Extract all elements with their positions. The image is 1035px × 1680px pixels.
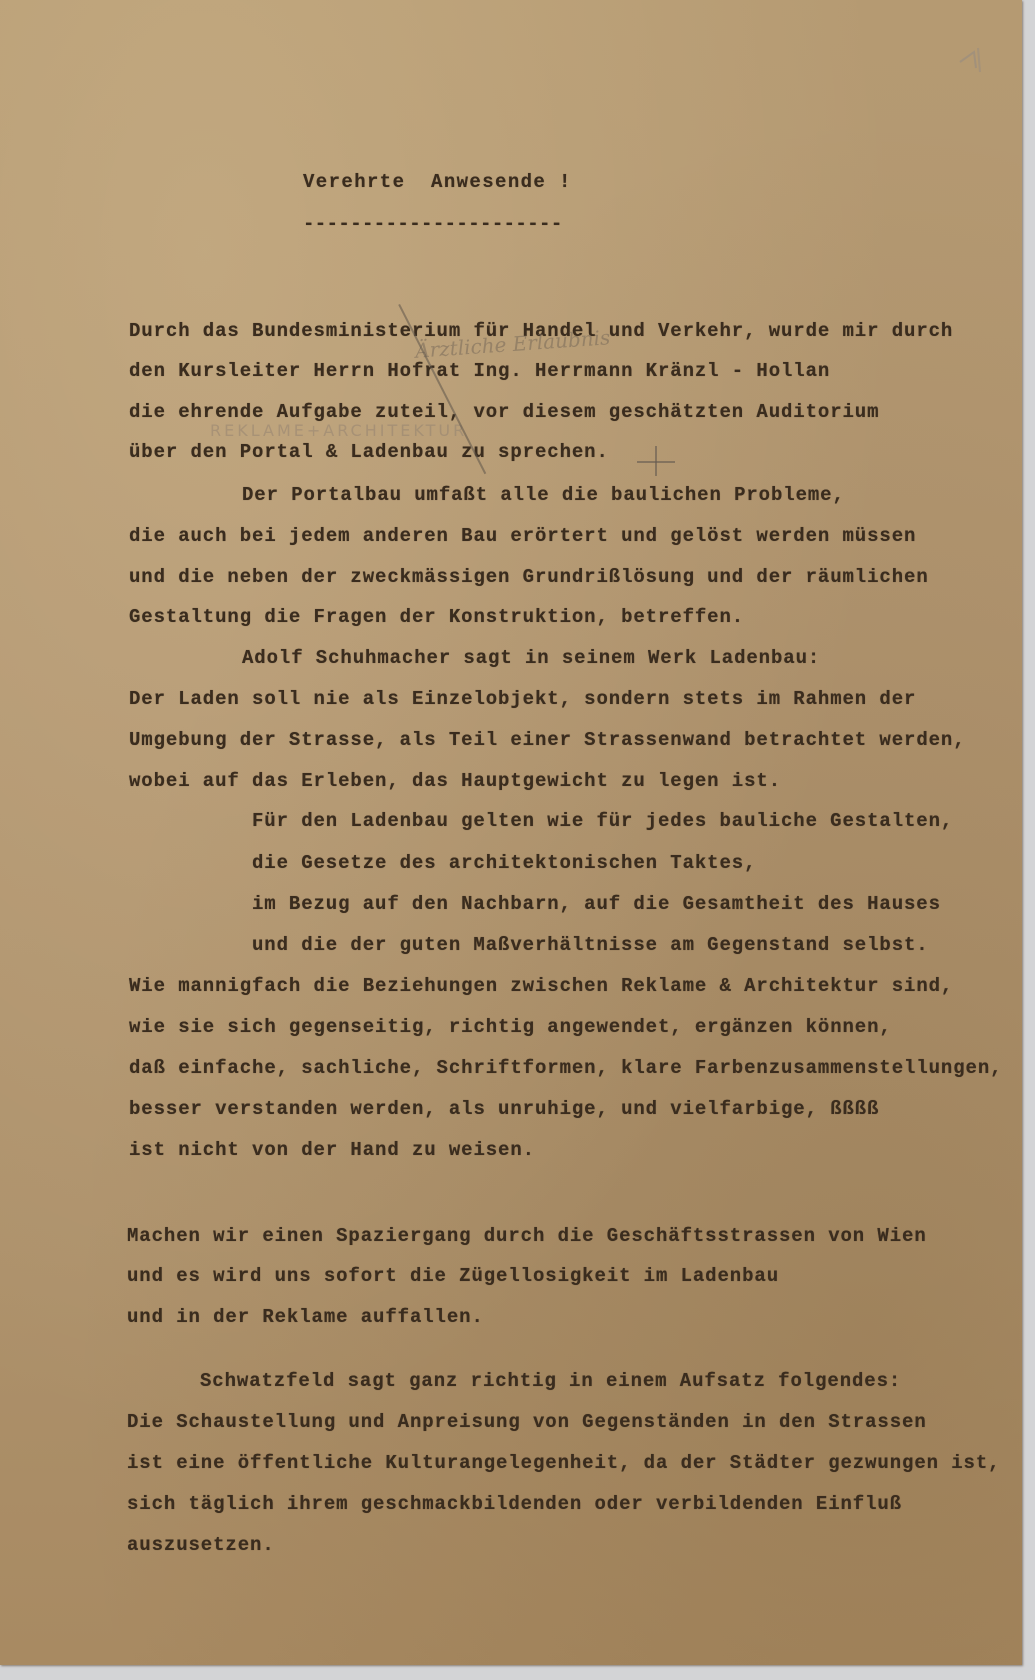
text-line: Adolf Schuhmacher sagt in seinem Werk La… [242, 647, 820, 669]
text-line: und es wird uns sofort die Zügellosigkei… [127, 1265, 779, 1287]
text-line: auszusetzen. [127, 1534, 275, 1556]
pencil-cross-mark [655, 446, 657, 476]
text-line: Der Laden soll nie als Einzelobjekt, son… [129, 688, 916, 710]
typewritten-page: Verehrte Anwesende ! -------------------… [0, 0, 1022, 1665]
text-line: daß einfache, sachliche, Schriftformen, … [129, 1057, 1002, 1079]
text-line: und die neben der zweckmässigen Grundriß… [129, 566, 929, 588]
text-line: die Gesetze des architektonischen Taktes… [252, 852, 756, 874]
text-line: Die Schaustellung und Anpreisung von Geg… [127, 1411, 927, 1433]
text-line: sich täglich ihrem geschmackbildenden od… [127, 1493, 902, 1515]
text-line: die auch bei jedem anderen Bau erörtert … [129, 525, 916, 547]
text-line: ist eine öffentliche Kulturangelegenheit… [127, 1452, 1000, 1474]
salutation-heading: Verehrte Anwesende ! [303, 171, 572, 193]
text-line: Für den Ladenbau gelten wie für jedes ba… [252, 810, 953, 832]
text-line: über den Portal & Ladenbau zu sprechen. [129, 441, 609, 463]
text-line: Durch das Bundesministerium für Handel u… [129, 320, 953, 342]
text-line: wie sie sich gegenseitig, richtig angewe… [129, 1016, 892, 1038]
pencil-corner-mark [958, 44, 988, 76]
text-line: und die der guten Maßverhältnisse am Geg… [252, 934, 929, 956]
salutation-underline: ---------------------- [303, 213, 563, 235]
text-line: besser verstanden werden, als unruhige, … [129, 1098, 879, 1120]
text-line: Gestaltung die Fragen der Konstruktion, … [129, 606, 744, 628]
text-line: Machen wir einen Spaziergang durch die G… [127, 1225, 927, 1247]
text-line: Der Portalbau umfaßt alle die baulichen … [242, 484, 845, 506]
text-line: wobei auf das Erleben, das Hauptgewicht … [129, 770, 781, 792]
text-line: Schwatzfeld sagt ganz richtig in einem A… [200, 1370, 901, 1392]
text-line: ist nicht von der Hand zu weisen. [129, 1139, 535, 1161]
text-line: und in der Reklame auffallen. [127, 1306, 484, 1328]
text-line: Wie mannigfach die Beziehungen zwischen … [129, 975, 953, 997]
text-line: die ehrende Aufgabe zuteil, vor diesem g… [129, 401, 879, 423]
text-line: Umgebung der Strasse, als Teil einer Str… [129, 729, 966, 751]
text-line: im Bezug auf den Nachbarn, auf die Gesam… [252, 893, 941, 915]
text-line: den Kursleiter Herrn Hofrat Ing. Herrman… [129, 360, 830, 382]
pencil-caps-note: REKLAME+ARCHITEKTUR [210, 421, 467, 440]
